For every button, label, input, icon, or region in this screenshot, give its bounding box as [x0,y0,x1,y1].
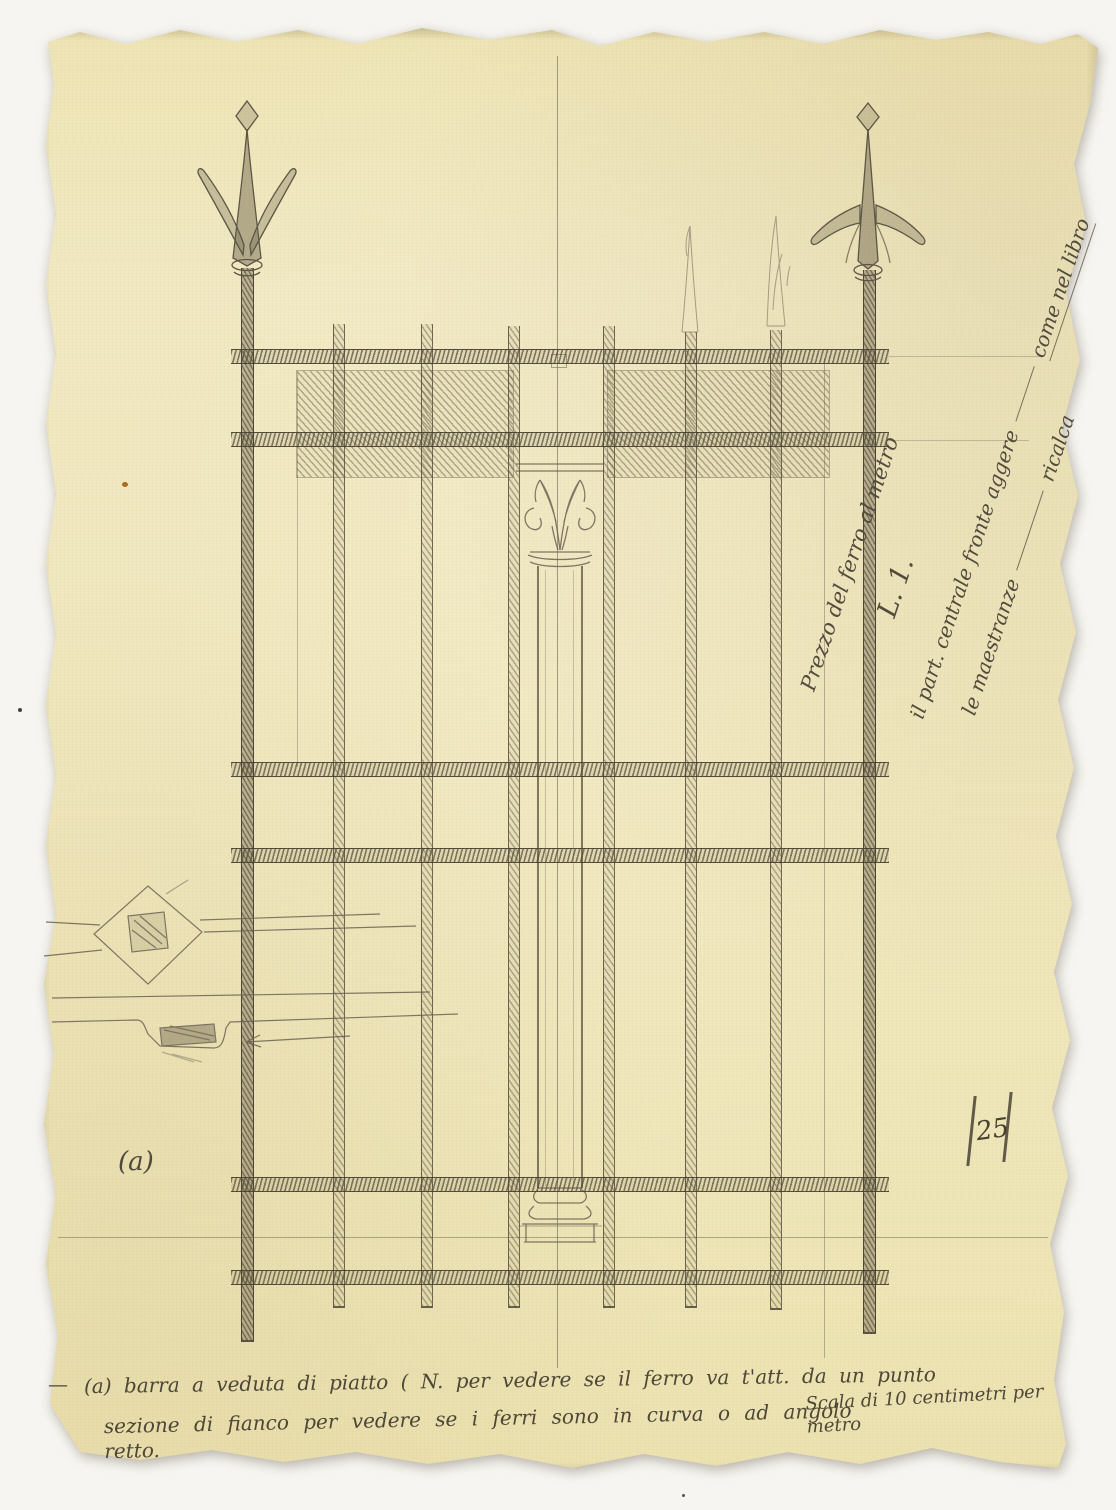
frieze-hatch-band-right [608,371,829,477]
column-shaft-right-line [581,566,583,1188]
vertical-bar [421,324,433,1308]
crossbar [231,349,889,364]
column-shaft-left-line [537,566,539,1188]
detail-label-a: (a) [118,1146,154,1179]
caption-dash-mark: — [48,1372,68,1397]
crossbar [231,1177,889,1192]
left-finial-sketch [187,95,307,285]
connector-line [1015,366,1035,422]
right-finial-sketch [803,95,933,290]
center-construction-line [557,56,558,1368]
vertical-bar [508,326,520,1308]
stamp-stroke [966,1096,976,1166]
page-number-stamp: 25 [962,1092,1020,1172]
bar-tip-sketch [757,214,795,344]
vertical-bar [603,326,615,1308]
crossbar [231,432,889,447]
iron-grille-drawing: Prezzo del ferro al metro L. 1. il part.… [0,0,1116,1510]
column-capital-sketch [512,456,608,568]
column-shaft-shading-line [573,570,574,1186]
vertical-bar [770,330,782,1310]
bar-tip-sketch [673,222,707,342]
page-number: 25 [974,1112,1011,1149]
caption-line-2: sezione di fianco per vedere se i ferri … [104,1398,885,1464]
column-base-sketch [512,1186,608,1248]
crossbar [231,762,889,777]
crossbar [231,848,889,863]
scanner-speck [18,708,22,712]
foxing-spot [122,482,128,487]
bar-section-detail-sketch [44,870,474,1085]
scanner-speck [682,1494,685,1497]
vertical-bar [333,324,345,1308]
frieze-hatch-band-left [297,371,513,477]
vertical-bar [685,332,697,1308]
vertical-bar [863,270,876,1334]
scanned-sheet: Prezzo del ferro al metro L. 1. il part.… [0,0,1116,1510]
crossbar [231,1270,889,1285]
column-shaft-shading-line [545,570,546,1186]
